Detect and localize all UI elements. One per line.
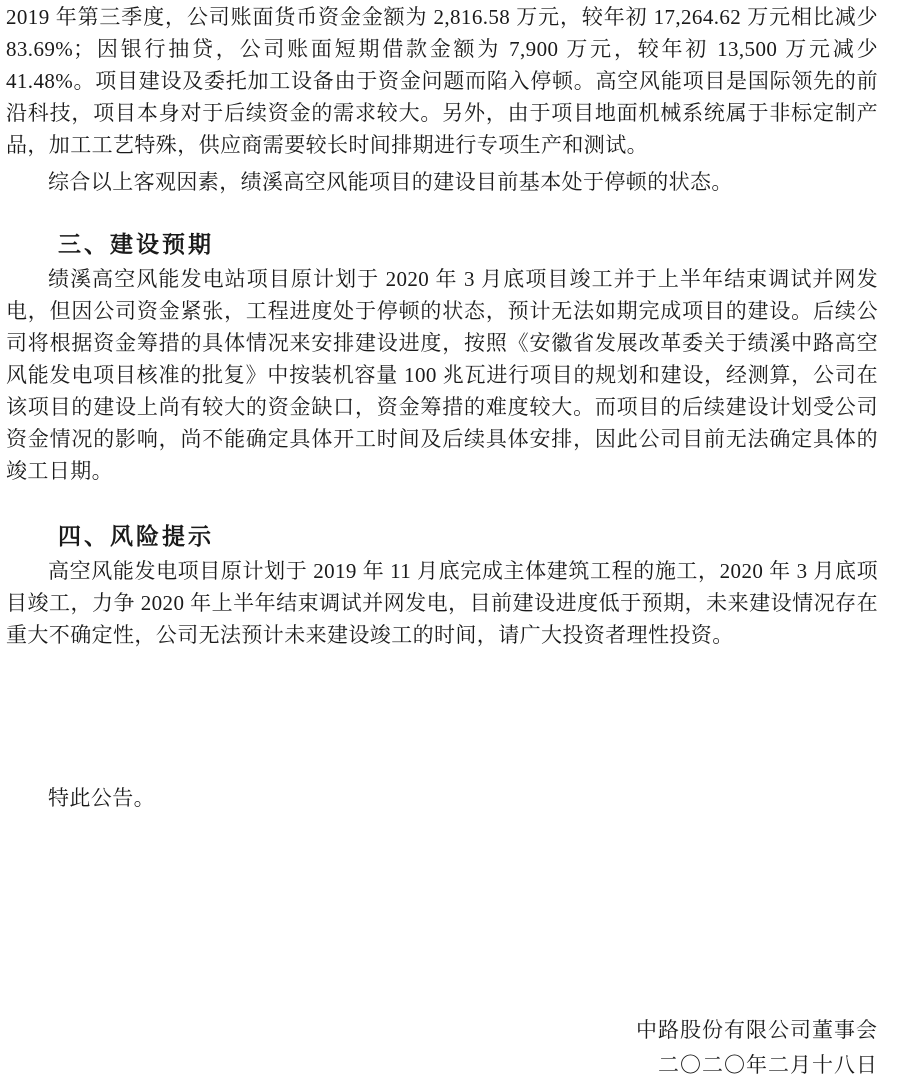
- signature-company: 中路股份有限公司董事会: [6, 1013, 878, 1048]
- paragraph-risk-notice: 高空风能发电项目原计划于 2019 年 11 月底完成主体建筑工程的施工，202…: [6, 555, 878, 651]
- paragraph-financial-status: 2019 年第三季度，公司账面货币资金金额为 2,816.58 万元，较年初 1…: [6, 1, 878, 161]
- paragraph-summary-conclusion: 综合以上客观因素，绩溪高空风能项目的建设目前基本处于停顿的状态。: [6, 166, 878, 198]
- closing-statement: 特此公告。: [6, 782, 878, 814]
- signature-block: 中路股份有限公司董事会 二〇二〇年二月十八日: [6, 1013, 878, 1081]
- paragraph-construction-outlook: 绩溪高空风能发电站项目原计划于 2020 年 3 月底项目竣工并于上半年结束调试…: [6, 263, 878, 487]
- signature-date: 二〇二〇年二月十八日: [6, 1048, 878, 1081]
- section-heading-construction-outlook: 三、建设预期: [6, 228, 878, 260]
- announcement-page: 2019 年第三季度，公司账面货币资金金额为 2,816.58 万元，较年初 1…: [0, 0, 900, 1081]
- section-heading-risk-notice: 四、风险提示: [6, 520, 878, 552]
